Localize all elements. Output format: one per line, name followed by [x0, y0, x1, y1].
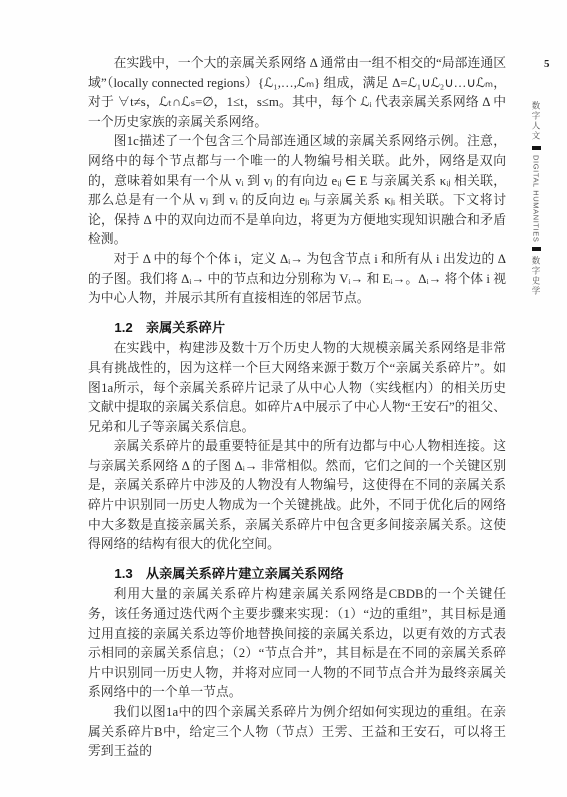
margin-tab-divider-bar: [532, 247, 541, 251]
paragraph: 在实践中，构建涉及数十万个历史人物的大规模亲属关系网络是非常具有挑战性的，因为这…: [88, 339, 506, 437]
section-heading-1-3: 1.3 从亲属关系碎片建立亲属关系网络: [88, 564, 506, 584]
paragraph: 利用大量的亲属关系碎片构建亲属关系网络是CBDB的一个关键任务，该任务通过迭代两…: [88, 585, 506, 703]
margin-tab-divider-bar: [532, 146, 541, 150]
section-heading-1-2: 1.2 亲属关系碎片: [88, 318, 506, 338]
paragraph: 对于 Δ 中的每个个体 i，定义 Δᵢ→ 为包含节点 i 和所有从 i 出发边的…: [88, 250, 506, 309]
margin-tab-label-en: DIGITAL HUMANITIES: [532, 155, 541, 242]
page-number: 5: [544, 58, 550, 70]
margin-tab-label-cn-top: 数字人文: [530, 101, 542, 141]
margin-tab-label-cn-bottom: 数字史学: [530, 256, 542, 296]
document-page: 在实践中，一个大的亲属关系网络 Δ 通常由一组不相交的“局部连通区域”（loca…: [0, 0, 567, 797]
paragraph: 在实践中，一个大的亲属关系网络 Δ 通常由一组不相交的“局部连通区域”（loca…: [88, 54, 506, 132]
paragraph: 亲属关系碎片的最重要特征是其中的所有边都与中心人物相连接。这与亲属关系网络 Δ …: [88, 437, 506, 555]
paragraph: 图1c描述了一个包含三个局部连通区域的亲属关系网络示例。注意，网络中的每个节点都…: [88, 132, 506, 250]
body-text: 在实践中，一个大的亲属关系网络 Δ 通常由一组不相交的“局部连通区域”（loca…: [88, 54, 506, 762]
journal-margin-tab: 数字人文 DIGITAL HUMANITIES 数字史学: [530, 101, 542, 296]
paragraph: 我们以图1a中的四个亲属关系碎片为例介绍如何实现边的重组。在亲属关系碎片B中，给…: [88, 703, 506, 762]
